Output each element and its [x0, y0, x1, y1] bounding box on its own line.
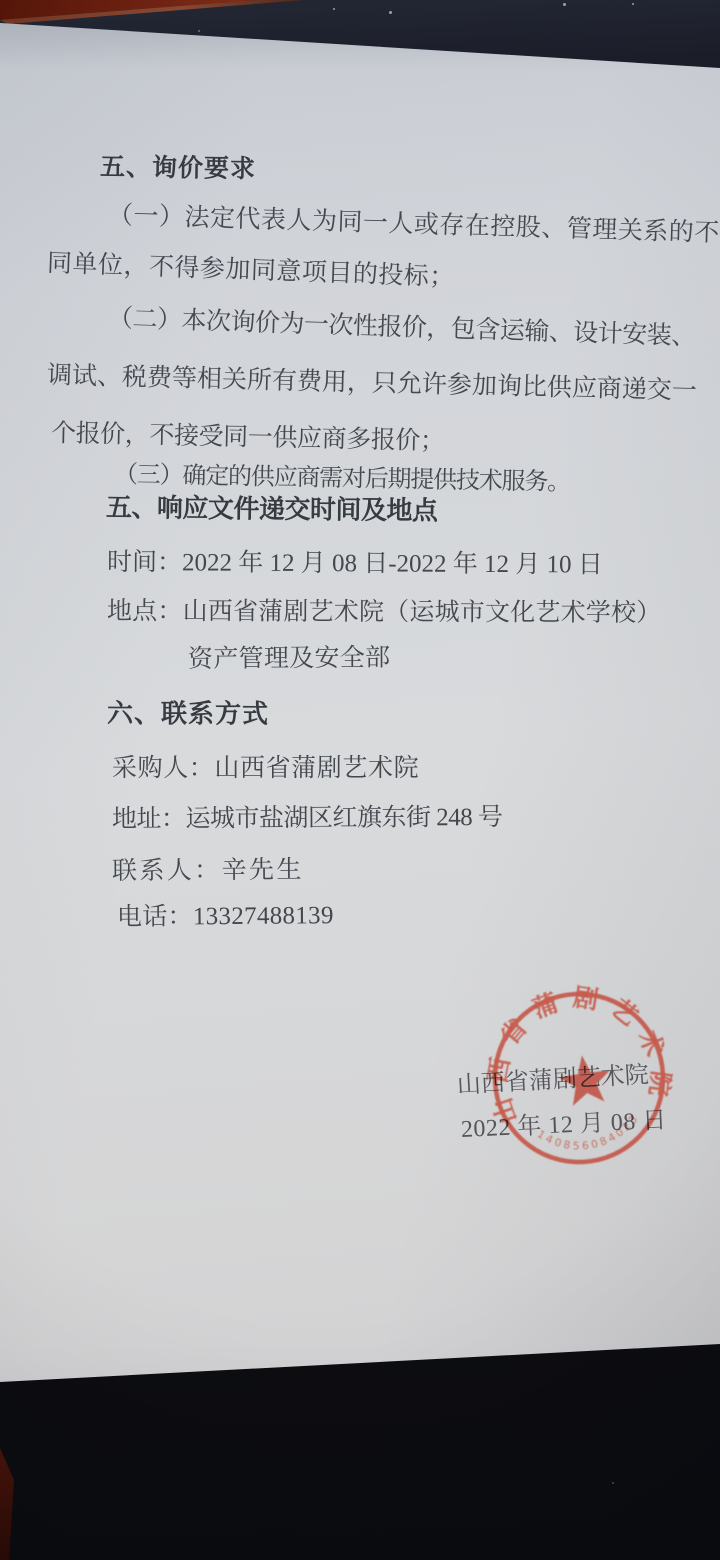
dust-speck [333, 8, 335, 10]
clause-2-line-1: （二）本次询价为一次性报价，包含运输、设计安装、 [107, 303, 696, 353]
field-buyer: 采购人：山西省蒲剧艺术院 [112, 753, 419, 785]
dust-speck [389, 11, 392, 14]
field-address: 地址：运城市盐湖区红旗东街 248 号 [112, 802, 503, 836]
field-time: 时间：2022 年 12 月 08 日-2022 年 12 月 10 日 [107, 547, 603, 582]
wood-desk-edge [0, 0, 330, 30]
clause-1-line-2: 同单位，不得参加同意项目的投标； [46, 248, 455, 294]
clause-2-line-2: 调试、税费等相关所有费用，只允许参加询比供应商递交一 [47, 360, 698, 408]
field-department: 资产管理及安全部 [188, 643, 391, 676]
field-location: 地点：山西省蒲剧艺术院（运城市文化艺术学校） [107, 596, 662, 630]
dust-speck [563, 3, 566, 6]
field-phone: 电话：13327488139 [117, 900, 334, 934]
section-heading-submission: 五、响应文件递交时间及地点 [106, 492, 438, 527]
clause-1-line-1: （一）法定代表人为同一人或存在控股、管理关系的不 [108, 200, 720, 250]
red-table-sliver [0, 1440, 20, 1560]
section-heading-inquiry-requirements: 五、询价要求 [100, 152, 256, 186]
seal-serial: 140856084023 [533, 1110, 645, 1159]
field-contact-person: 联系人：辛先生 [112, 855, 304, 888]
dust-speck [632, 3, 634, 5]
document-photo: 五、询价要求 （一）法定代表人为同一人或存在控股、管理关系的不 同单位，不得参加… [0, 0, 720, 1560]
seal-arc-text: 山西省蒲剧艺术院 [471, 970, 680, 1135]
dust-speck [612, 1482, 614, 1484]
section-heading-contact: 六、联系方式 [107, 698, 269, 731]
printed-content: 五、询价要求 （一）法定代表人为同一人或存在控股、管理关系的不 同单位，不得参加… [0, 0, 720, 1560]
official-seal: 山西省蒲剧艺术院 140856084023 [466, 965, 692, 1191]
clause-2-line-3: 个报价，不接受同一供应商多报价； [51, 418, 445, 458]
dust-speck [198, 30, 200, 32]
seal-star-icon [556, 1052, 614, 1107]
paper-sheet: 五、询价要求 （一）法定代表人为同一人或存在控股、管理关系的不 同单位，不得参加… [0, 0, 720, 1560]
